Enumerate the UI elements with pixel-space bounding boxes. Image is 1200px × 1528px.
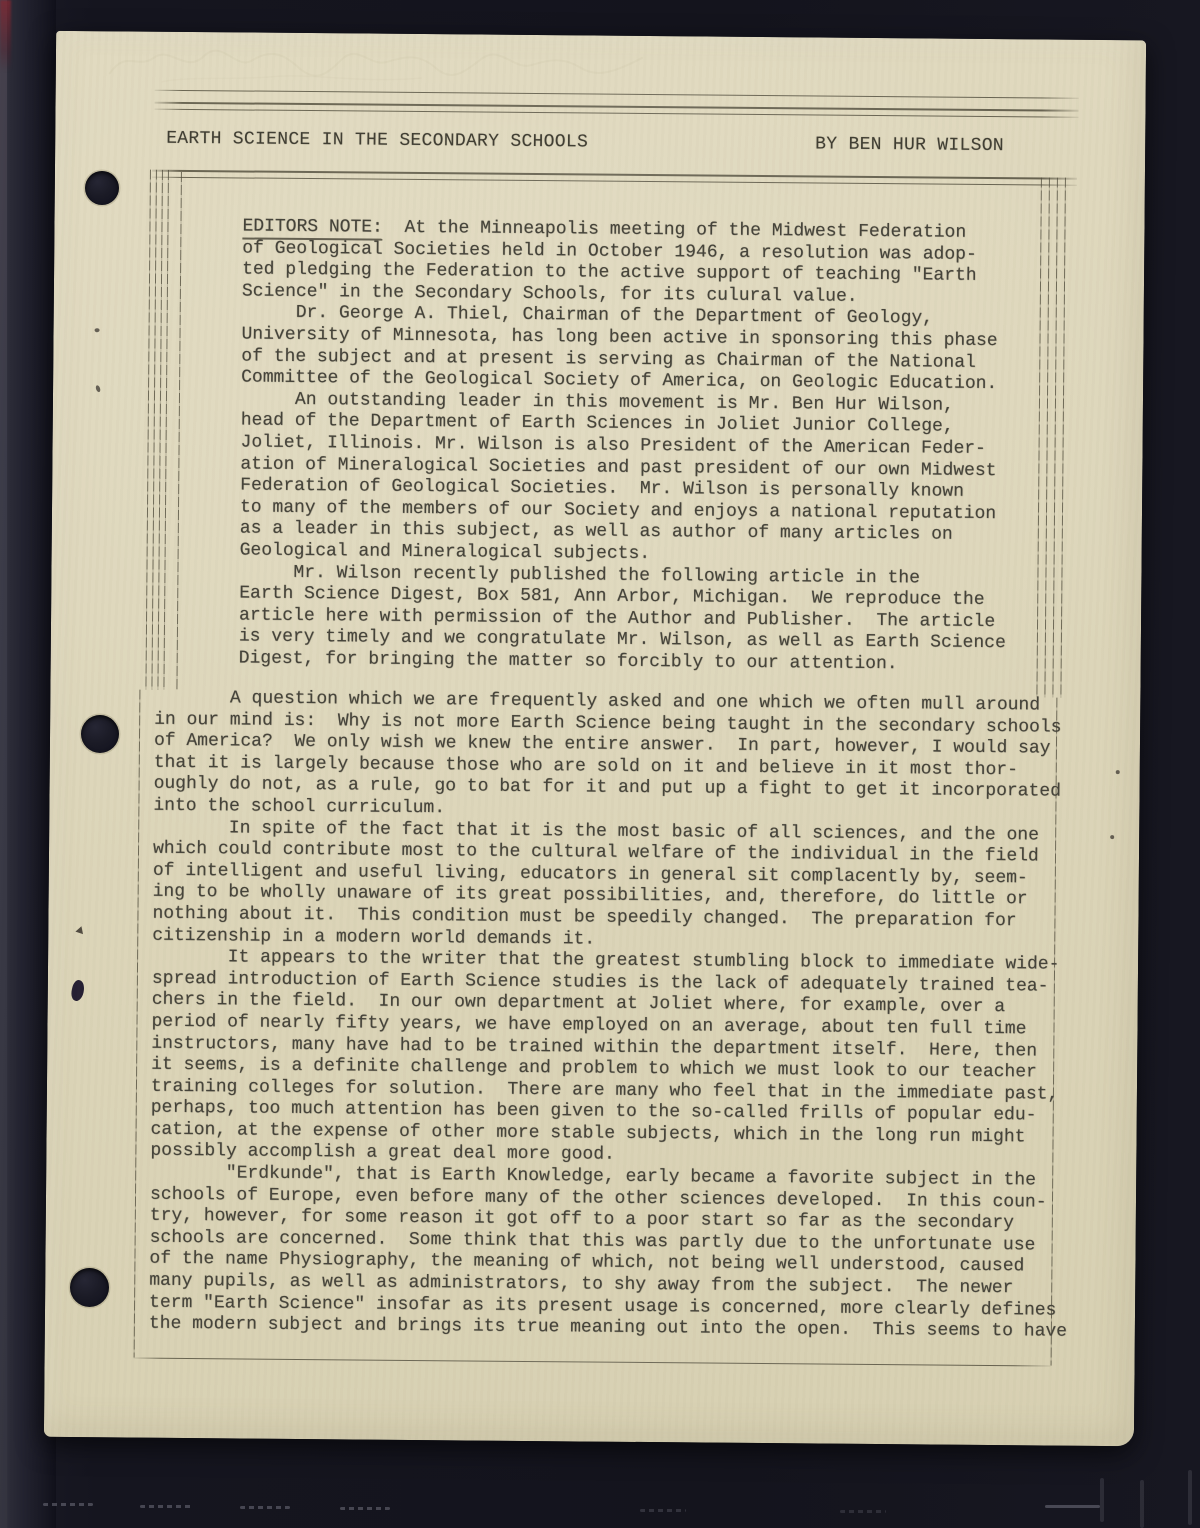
stitch-mark (240, 1506, 290, 1509)
emboss-mark (1045, 1505, 1100, 1508)
ink-mark (75, 925, 85, 934)
punch-hole (70, 1268, 109, 1307)
header-row: EARTH SCIENCE IN THE SECONDARY SCHOOLS B… (56, 31, 1146, 41)
stitch-mark (340, 1507, 390, 1510)
emboss-mark (1140, 1480, 1144, 1528)
editors-note-paragraphs: of Geological Societies held in October … (239, 238, 1010, 677)
red-edge-mark (0, 0, 11, 72)
paragraph: Dr. George A. Thiel, Chairman of the Dep… (241, 303, 1009, 396)
ink-speck (1110, 835, 1114, 839)
paragraph: "Erdkunde", that is Earth Knowledge, ear… (149, 1163, 1069, 1344)
paragraph: Mr. Wilson recently published the follow… (239, 562, 1007, 677)
note-box-right-border (1060, 178, 1066, 698)
paragraph: An outstanding leader in this movement i… (240, 389, 1008, 568)
binder-edge-highlight (0, 0, 7, 1528)
faint-handwriting (102, 39, 662, 90)
stitch-mark (840, 1510, 886, 1513)
emboss-mark (1188, 1470, 1192, 1525)
paragraph: It appears to the writer that the greate… (150, 947, 1070, 1171)
note-box-left-border (176, 172, 182, 690)
punch-hole (85, 171, 119, 205)
top-rule (155, 90, 1079, 99)
ink-speck (95, 385, 101, 393)
paragraph: In spite of the fact that it is the most… (152, 817, 1071, 955)
note-box-left-border (151, 170, 157, 690)
article-byline: BY BEN HUR WILSON (815, 134, 1004, 156)
note-box-left-border (157, 170, 163, 690)
article-title: EARTH SCIENCE IN THE SECONDARY SCHOOLS (166, 129, 588, 153)
paragraph: of Geological Societies held in October … (242, 238, 1009, 309)
stitch-mark (640, 1509, 686, 1512)
note-box-right-border (1044, 177, 1050, 697)
emboss-mark (1100, 1478, 1104, 1522)
body-left-border (134, 690, 141, 1358)
ink-blob (70, 979, 86, 1002)
paper-sheet: EARTH SCIENCE IN THE SECONDARY SCHOOLS B… (44, 31, 1146, 1446)
stitch-mark (140, 1505, 194, 1508)
note-box-right-border (1036, 177, 1042, 697)
editors-note-label: EDITORS NOTE: (242, 216, 383, 240)
body-bottom-border (134, 1358, 1051, 1367)
stitch-mark (43, 1503, 93, 1506)
punch-hole (81, 715, 119, 753)
note-box-left-border (163, 170, 169, 690)
editors-note: EDITORS NOTE: At the Minneapolis meeting… (239, 216, 1010, 676)
note-box-right-border (1052, 178, 1058, 698)
ink-speck (1116, 770, 1120, 774)
note-box-left-border (145, 170, 151, 690)
ink-speck (95, 328, 100, 332)
paragraph: A question which we are frequently asked… (153, 688, 1072, 826)
scanned-document-page: EARTH SCIENCE IN THE SECONDARY SCHOOLS B… (0, 0, 1200, 1528)
article-body: A question which we are frequently asked… (149, 688, 1073, 1344)
